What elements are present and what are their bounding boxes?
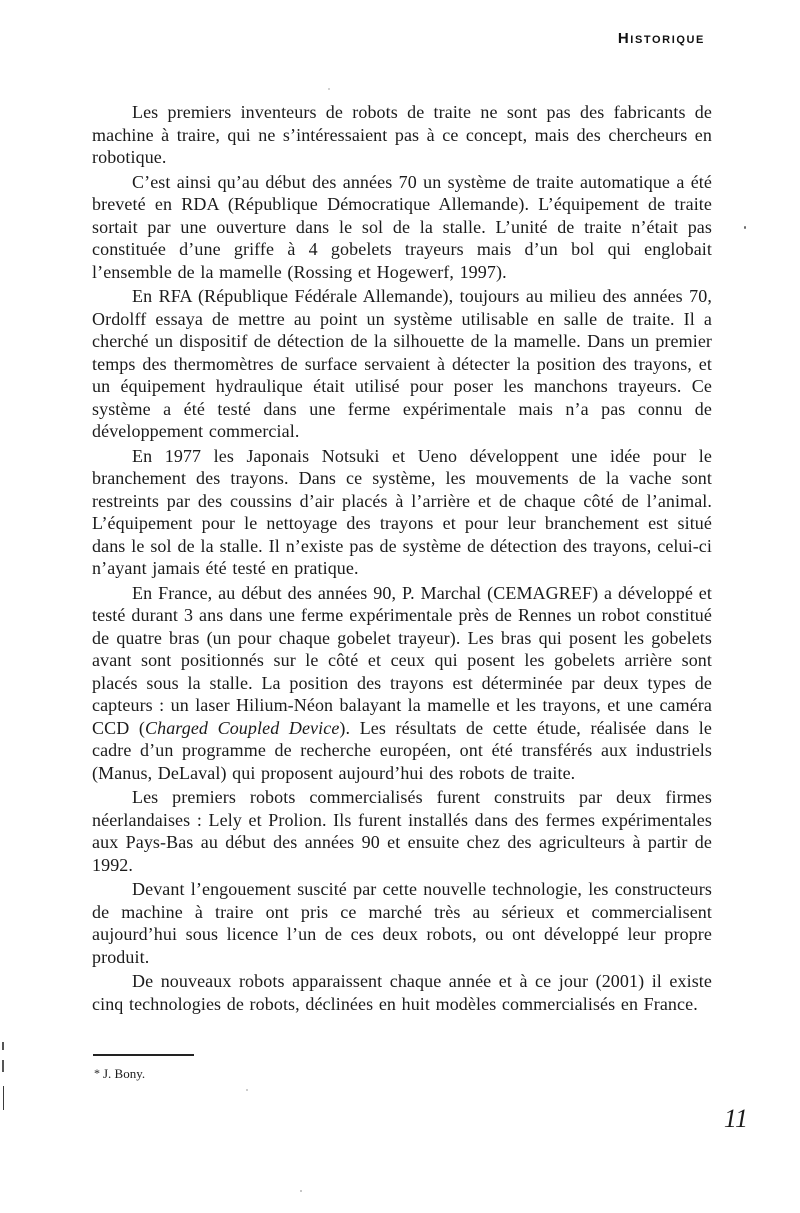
- text-run: Les premiers inventeurs de robots de tra…: [92, 102, 712, 167]
- text-run: En RFA (République Fédérale Allemande), …: [92, 286, 712, 441]
- body-text: Les premiers inventeurs de robots de tra…: [92, 101, 712, 1017]
- paragraph: Les premiers inventeurs de robots de tra…: [92, 101, 712, 169]
- scan-artifact: [2, 1042, 4, 1050]
- text-run: En 1977 les Japonais Notsuki et Ueno dév…: [92, 446, 712, 579]
- footnote-marker: *: [94, 1066, 100, 1080]
- page-number: 11: [724, 1104, 748, 1134]
- italic-run: Charged Coupled Device: [145, 718, 339, 738]
- scan-artifact: [2, 1060, 4, 1072]
- scan-speck: [246, 1089, 248, 1091]
- text-run: C’est ainsi qu’au début des années 70 un…: [92, 172, 712, 282]
- paragraph: En RFA (République Fédérale Allemande), …: [92, 285, 712, 443]
- scanned-book-page: Historique Les premiers inventeurs de ro…: [0, 0, 800, 1213]
- scan-speck: [744, 226, 746, 229]
- scan-speck: [328, 88, 330, 90]
- text-run: Devant l’engouement suscité par cette no…: [92, 879, 712, 967]
- text-run: Les premiers robots commercialisés furen…: [92, 787, 712, 875]
- text-run: De nouveaux robots apparaissent chaque a…: [92, 971, 712, 1014]
- footnote-divider: [93, 1054, 194, 1056]
- paragraph: De nouveaux robots apparaissent chaque a…: [92, 970, 712, 1015]
- paragraph: Devant l’engouement suscité par cette no…: [92, 878, 712, 968]
- footnote: *J. Bony.: [94, 1066, 145, 1082]
- paragraph: En 1977 les Japonais Notsuki et Ueno dév…: [92, 445, 712, 580]
- paragraph: Les premiers robots commercialisés furen…: [92, 786, 712, 876]
- scan-speck: [300, 1190, 302, 1192]
- running-header: Historique: [618, 30, 705, 47]
- text-run: En France, au début des années 90, P. Ma…: [92, 583, 712, 738]
- footnote-text: J. Bony.: [103, 1066, 145, 1081]
- scan-artifact: [3, 1086, 4, 1110]
- paragraph: En France, au début des années 90, P. Ma…: [92, 582, 712, 785]
- paragraph: C’est ainsi qu’au début des années 70 un…: [92, 171, 712, 284]
